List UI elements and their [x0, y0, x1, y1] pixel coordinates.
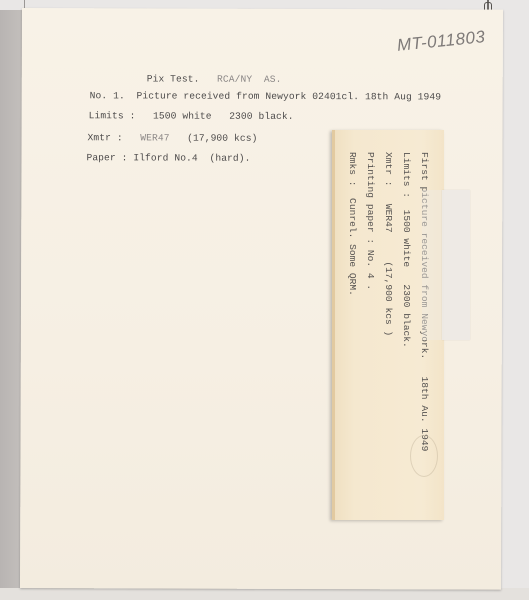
card-paper-value: Ilford No.4 (hard). [133, 152, 250, 163]
card-title: Pix Test. [147, 73, 200, 84]
card-limits-label: Limits : [89, 110, 136, 121]
card-picture-line: No. 1. Picture received from Newyork 024… [90, 90, 441, 102]
card-xmtr-label: Xmtr : [88, 132, 123, 143]
slip-line-printing-paper: Printing paper : No. 4 . [365, 152, 376, 290]
card-xmtr-line: Xmtr : WER47 (17,900 kcs) [88, 132, 258, 144]
card-xmtr-freq: (17,900 kcs) [187, 133, 257, 144]
slip-line-limits: Limits : 1500 white 2300 black. [401, 152, 412, 348]
card-title-initials: AS. [264, 74, 282, 85]
card-paper-line: Paper : Ilford No.4 (hard). [86, 152, 250, 164]
slip-line-remarks: Rmks : Cunrel. Some QRM. [347, 152, 358, 296]
catalog-number: MT-011803 [396, 27, 486, 56]
backdrop-surface [0, 588, 529, 600]
card-title-line: Pix Test. RCA/NY AS. [147, 73, 282, 84]
paper-stain [410, 435, 438, 477]
card-limits-value: 1500 white 2300 black. [135, 110, 293, 122]
card-paper-label: Paper : [86, 152, 127, 163]
card-title-origin: RCA/NY [217, 74, 252, 85]
tape-overlap [422, 190, 444, 340]
card-xmtr-code: WER47 [140, 132, 169, 143]
card-limits-line: Limits : 1500 white 2300 black. [89, 110, 294, 122]
adhesive-tape [442, 190, 470, 340]
slip-line-xmtr: Xmtr : WER47 (17,900 kcs ) [383, 152, 394, 336]
